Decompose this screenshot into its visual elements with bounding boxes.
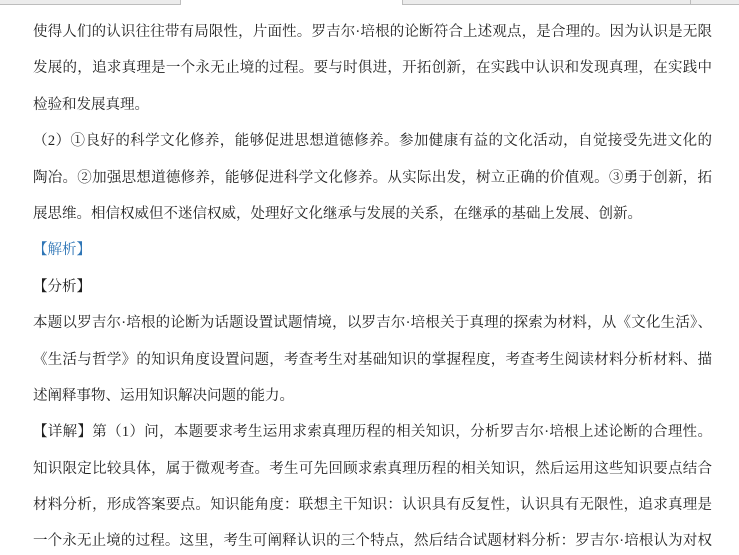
xiangjie-line: 一个永无止境的过程。这里，考生可阐释认识的三个特点，然后结合试题材料分析：罗吉尔… (33, 523, 712, 555)
text-line: 使得人们的认识往往带有局限性，片面性。罗吉尔·培根的论断符合上述观点，是合理的。… (33, 14, 712, 50)
xiangjie-line: 知识限定比较具体，属于微观考查。考生可先回顾求索真理历程的相关知识，然后运用这些… (33, 451, 712, 487)
document-page: 使得人们的认识往往带有局限性，片面性。罗吉尔·培根的论断符合上述观点，是合理的。… (0, 0, 739, 555)
xiangjie-line: 材料分析，形成答案要点。知识能角度：联想主干知识：认识具有反复性，认识具有无限性… (33, 487, 712, 523)
jiexi-label: 【解析】 (33, 232, 712, 268)
cell-divider (690, 0, 691, 4)
xiangjie-line: 【详解】第（1）问，本题要求考生运用求索真理历程的相关知识，分析罗吉尔·培根上述… (33, 414, 712, 450)
cutoff-table-cell-right (402, 0, 739, 5)
answer-part2-line: （2）①良好的科学文化修养，能够促进思想道德修养。参加健康有益的文化活动，自觉接… (33, 123, 712, 159)
cutoff-table-cell-left (0, 0, 181, 5)
fenxi-label: 【分析】 (33, 269, 712, 305)
analysis-line: 述阐释事物、运用知识解决问题的能力。 (33, 378, 712, 414)
analysis-line: 本题以罗吉尔·培根的论断为话题设置试题情境，以罗吉尔·培根关于真理的探索为材料，… (33, 305, 712, 341)
document-body: 使得人们的认识往往带有局限性，片面性。罗吉尔·培根的论断符合上述观点，是合理的。… (33, 14, 712, 555)
analysis-line: 《生活与哲学》的知识角度设置问题，考查考生对基础知识的掌握程度，考查考生阅读材料… (33, 342, 712, 378)
text-line: 检验和发展真理。 (33, 87, 712, 123)
answer-part2-line: 展思维。相信权威但不迷信权威，处理好文化继承与发展的关系，在继承的基础上发展、创… (33, 196, 712, 232)
text-line: 发展的，追求真理是一个永无止境的过程。要与时俱进，开拓创新，在实践中认识和发现真… (33, 50, 712, 86)
answer-part2-line: 陶冶。②加强思想道德修养，能够促进科学文化修养。从实际出发，树立正确的价值观。③… (33, 160, 712, 196)
